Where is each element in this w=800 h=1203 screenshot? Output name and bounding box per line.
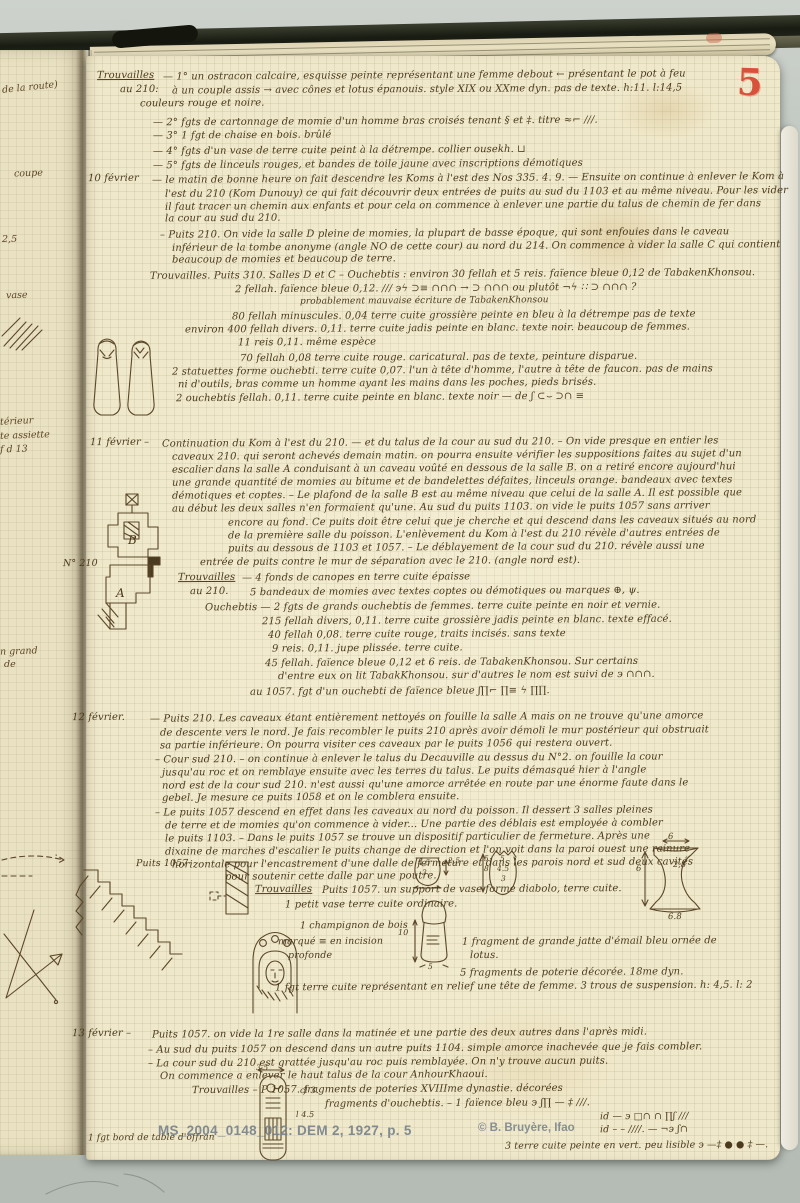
manuscript-line: 5 (484, 854, 489, 863)
manuscript-line: — 4 fonds de canopes en terre cuite épai… (242, 571, 470, 583)
manuscript-line: id — ϶ □∩ ∩ ∏ʃ /// (600, 1111, 689, 1123)
manuscript-line: l 4.5 (296, 1110, 314, 1119)
manuscript-line: pour soutenir cette dalle par une poutre… (225, 870, 437, 882)
manuscript-line: au 210. (190, 586, 229, 597)
manuscript-line: Trouvailles. Puits 310. Salles D et C – … (150, 267, 755, 282)
manuscript-line: Continuation du Kom à l'est du 210. — et… (162, 435, 719, 449)
manuscript-line: au début les deux salles n'en formaient … (172, 500, 710, 514)
manuscript-line: Trouvailles – P 1057. fragments de poter… (192, 1083, 563, 1096)
manuscript-line: 3 (422, 868, 427, 877)
manuscript-line: cl 3. (300, 1086, 319, 1096)
manuscript-line: jusqu'au roc et on remblaye ensuite avec… (162, 765, 646, 779)
page-number: 5 (736, 60, 763, 105)
manuscript-line: 5 (428, 962, 433, 971)
manuscript-line: — 1° un ostracon calcaire, esquisse pein… (163, 68, 686, 82)
manuscript-line: 1 fragment de grande jatte d'émail bleu … (462, 935, 717, 948)
manuscript-line: puits au dessous de 1103 et 1057. – Le d… (228, 541, 705, 555)
manuscript-line: couleurs rouge et noire. (140, 98, 265, 110)
handwriting-layer: 5 (0, 0, 800, 1203)
manuscript-line: d'entre eux on lit TabakKhonsou. sur d'a… (278, 669, 655, 682)
manuscript-line: ni d'outils, bras comme un homme ayant l… (178, 377, 596, 391)
manuscript-line: 6 (668, 832, 674, 842)
manuscript-line: 5 (500, 854, 505, 863)
manuscript-line: 11 février – (90, 437, 149, 448)
manuscript-line: inférieur de la tombe anonyme (angle NO … (172, 239, 780, 254)
manuscript-line: On commence a enlever le haut talus de l… (160, 1069, 488, 1082)
manuscript-line: fragments d'ouchebtis. – 1 faïence bleu … (325, 1097, 590, 1110)
manuscript-line: N° 210 (63, 558, 98, 569)
manuscript-line: Ouchebtis — 2 fgts de grands ouchebtis d… (205, 600, 660, 614)
margin-fragment: coupe (14, 167, 43, 179)
manuscript-line: 13 février – (72, 1028, 131, 1039)
manuscript-line: 10 (398, 928, 408, 937)
manuscript-line: caveaux 210. qui seront achevés demain m… (172, 448, 742, 462)
manuscript-line: 5 fragments de poterie décorée. 18me dyn… (460, 966, 684, 978)
manuscript-line: 9 reis. 0,11. jupe plissée. terre cuite. (272, 642, 463, 654)
pencil-marks (40, 1166, 190, 1200)
manuscript-line: 12 février. (72, 712, 125, 723)
manuscript-line: — le matin de bonne heure on fait descen… (152, 171, 784, 186)
manuscript-line: gebel. Je mesure ce puits 1058 et on le … (162, 791, 459, 804)
manuscript-line: Trouvailles (97, 70, 154, 81)
manuscript-line: 2 ouchebtis fellah. 0,11. terre cuite pe… (176, 391, 584, 404)
manuscript-line: une grande quantité de momies au bitume … (172, 474, 733, 488)
manuscript-line: — 3° 1 fgt de chaise en bois. brûlé (153, 129, 331, 141)
manuscript-line: 45 fellah. faïence bleue 0,12 et 6 reis.… (265, 656, 638, 669)
margin-fragment: n grand (0, 645, 38, 657)
manuscript-line: marqué ≡ en incision (278, 936, 383, 948)
manuscript-line: 2,5 (448, 856, 460, 865)
manuscript-line: 3 terre cuite peinte en vert. peu lisibl… (505, 1139, 768, 1152)
manuscript-line: — Puits 210. Les caveaux étant entièreme… (150, 710, 703, 724)
margin-fragment: de (4, 659, 16, 670)
manuscript-line: il faut tracer un chemin aux enfants et … (165, 198, 761, 213)
margin-arrow-sketch (0, 846, 78, 890)
manuscript-line: 11 reis 0,11. même espèce (238, 337, 376, 349)
manuscript-line: – Cour sud 210. – on continue à enlever … (155, 751, 663, 765)
manuscript-line: encore au fond. Ce puits doit être celui… (228, 514, 756, 528)
margin-fragment: térieur (0, 415, 34, 428)
manuscript-line: beaucoup de momies et beaucoup de terre. (172, 253, 396, 265)
manuscript-line: 4.5 (418, 858, 430, 867)
manuscript-line: 5 bandeaux de momies avec textes coptes … (250, 585, 640, 598)
manuscript-line: probablement mauvaise écriture de Tabake… (300, 295, 549, 307)
ouchebti-figures-sketch (84, 333, 156, 425)
manuscript-line: au 210: (120, 84, 159, 95)
manuscript-line: 2 fellah. faïence bleue 0,12. /// ϶ϟ ⊃≡ … (235, 282, 637, 295)
manuscript-line: 1 champignon de bois (300, 920, 408, 932)
manuscript-line: entrée de puits contre le mur de séparat… (200, 555, 580, 568)
manuscript-line: — 4° fgts d'un vase de terre cuite peint… (153, 144, 526, 157)
margin-fragment: de la route) (2, 79, 59, 96)
manuscript-line: 80 fellah minuscules. 0,04 terre cuite g… (232, 309, 696, 323)
manuscript-line: de la première salle du poisson. L'enlèv… (228, 527, 720, 541)
manuscript-line: escalier dans la salle A conduisant à un… (172, 461, 736, 475)
manuscript-line: 215 fellah divers, 0,11. terre cuite gro… (262, 614, 672, 628)
manuscript-scan: 5 (0, 0, 800, 1203)
manuscript-line: sa partie inférieure. On pourra visiter … (160, 738, 613, 752)
manuscript-line: le puits 1103. – Dans le puits 1057 se t… (165, 831, 650, 845)
manuscript-line: démotiques et coptes. – Le plafond de la… (172, 487, 742, 501)
manuscript-line: Puits 1057. un support de vase forme dia… (322, 883, 622, 896)
margin-triangle-sketch (0, 908, 84, 1012)
manuscript-line: id – – ////. — ¬϶ ʃ∩ (600, 1124, 688, 1136)
archive-watermark: MS_2004_0148_012: DEM 2, 1927, p. 5 (158, 1123, 412, 1138)
manuscript-line: à un couple assis → avec cônes et lotus … (172, 82, 682, 96)
margin-fragment: 2,5 (2, 234, 17, 245)
margin-fragment: vase (6, 290, 28, 302)
margin-fragment: f d 13 (0, 444, 28, 456)
margin-hatch-sketch (0, 306, 60, 352)
tomb-210-plan-sketch (94, 492, 172, 644)
manuscript-line: – Le puits 1057 descend en effet dans le… (155, 804, 653, 818)
manuscript-line: dixaine de marches d'escalier le puits c… (165, 843, 690, 857)
manuscript-line: – Puits 210. On vide la salle D pleine d… (160, 226, 729, 240)
manuscript-line: 2 statuettes forme ouchebti. terre cuite… (172, 363, 713, 377)
manuscript-line: horizontale pour l'encastrement d'une da… (172, 856, 693, 870)
manuscript-line: profonde (288, 950, 332, 961)
manuscript-line: – Au sud du puits 1057 on descend dans u… (148, 1041, 702, 1055)
manuscript-line: Trouvailles (255, 884, 312, 895)
manuscript-line: 6 (636, 864, 642, 874)
manuscript-line: environ 400 fellah divers. 0,11. terre c… (185, 321, 690, 335)
manuscript-line: — 5° fgts de linceuls rouges, et bandes … (153, 158, 583, 172)
manuscript-line: Trouvailles (178, 572, 235, 583)
manuscript-line: A (116, 586, 125, 600)
manuscript-line: au 1057. fgt d'un ouchebti de faïence bl… (250, 685, 550, 698)
credit-watermark: © B. Bruyère, Ifao (478, 1122, 575, 1134)
manuscript-line: de descente vers le nord. Je fais recomb… (160, 724, 709, 738)
manuscript-line: de terre et de momies qu'on commence à v… (165, 817, 663, 831)
manuscript-line: nord est de la cour sud 210. n'est aussi… (162, 777, 688, 791)
manuscript-line: la cour au sud du 210. (165, 213, 281, 225)
manuscript-line: 2,8 (673, 860, 686, 869)
manuscript-line: 10 février (88, 173, 139, 184)
manuscript-line: 70 fellah 0,08 terre cuite rouge. carica… (240, 351, 637, 364)
manuscript-line: 6.8 (668, 912, 682, 922)
manuscript-line: Puits 1057 (136, 858, 189, 869)
margin-fragment: te assiette (0, 429, 50, 442)
manuscript-line: 1 petit vase terre cuite ordinaire. (285, 898, 458, 910)
manuscript-line: Puits 1057. on vide la 1re salle dans la… (152, 1026, 647, 1040)
manuscript-line: B (128, 533, 137, 547)
manuscript-line: — 2° fgts de cartonnage de momie d'un ho… (153, 115, 598, 129)
manuscript-line: 3 (501, 874, 506, 883)
manuscript-line: lotus. (470, 950, 499, 961)
manuscript-line: 1 fgt terre cuite représentant en relief… (275, 980, 753, 994)
manuscript-line: 3.5 (256, 1063, 268, 1072)
manuscript-line: 4.5 (497, 864, 509, 873)
manuscript-line: 40 fellah 0,08. terre cuite rouge, trait… (268, 628, 566, 641)
manuscript-line: – La cour sud du 210 est grattée jusqu'a… (148, 1056, 608, 1070)
manuscript-line: 8 (484, 864, 489, 873)
